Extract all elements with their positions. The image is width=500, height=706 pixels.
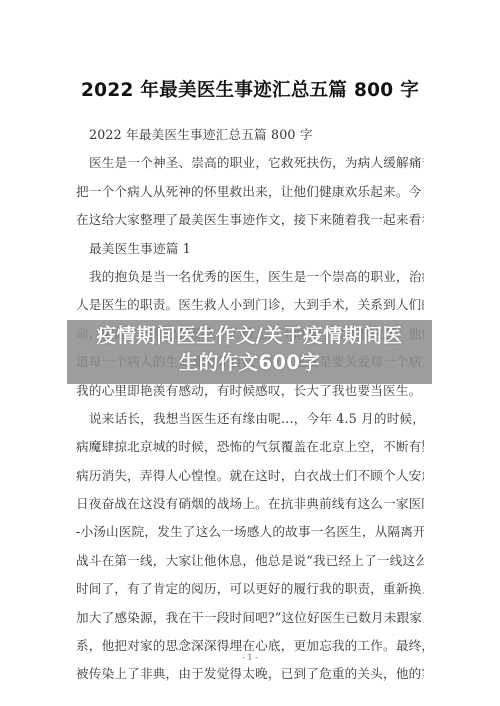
- body-line: 把一个个病人从死神的怀里救出来，让他们健康欢乐起来。今日我: [76, 178, 424, 206]
- body-line: 人是医生的职责。医生救人小到门诊，大到手术，关系到人们的生: [76, 291, 424, 319]
- overlay-title-line-2: 生的作文600字: [67, 349, 432, 376]
- body-line: 2022 年最美医生事迹汇总五篇 800 字: [76, 121, 424, 149]
- body-line: 被传染上了非典，由于发觉得太晚，已到了危重的关头，他的家庭: [76, 660, 424, 688]
- body-line: 战斗在第一线，大家让他休息，他总是说“我已经上了一线这么长: [76, 547, 424, 575]
- overlay-title-line-1: 疫情期间医生作文/关于疫情期间医: [67, 322, 432, 349]
- body-line: 日夜奋战在这没有硝烟的战场上。在抗非典前线有这么一家医院---: [76, 490, 424, 518]
- body-line: 说来话长，我想当医生还有缘由呢…，今年 4.5 月的时候，非典: [76, 405, 424, 433]
- page-number: - 1 -: [0, 653, 500, 662]
- body-line: 加大了感染源，我在干一段时间吧?”这位好医生已数月未跟家里联: [76, 604, 424, 632]
- section-heading: 最美医生事迹篇 1: [76, 235, 424, 263]
- body-line: 病历消失，弄得人心惶惶。就在这时，白衣战士们不顾个人安危，: [76, 462, 424, 490]
- body-line: 时间了，有了肯定的阅历，可以更好的履行我的职责，重新换人又: [76, 575, 424, 603]
- body-line: 病魔肆掠北京城的时候，恐怖的气氛覆盖在北京上空，不断有疑似: [76, 433, 424, 461]
- overlay-title: 疫情期间医生作文/关于疫情期间医 生的作文600字: [67, 322, 432, 376]
- body-line: -小汤山医院，发生了这么一场感人的故事一名医生，从隔离开头就: [76, 518, 424, 546]
- document-title: 2022 年最美医生事迹汇总五篇 800 字: [0, 76, 500, 102]
- body-line: 我的抱负是当一名优秀的医生，医生是一个崇高的职业，治病救: [76, 263, 424, 291]
- document-body: 2022 年最美医生事迹汇总五篇 800 字 医生是一个神圣、崇高的职业，它救死…: [76, 121, 424, 689]
- body-line: 医生是一个神圣、崇高的职业，它救死扶伤，为病人缓解痛苦，: [76, 149, 424, 177]
- body-line: 在这给大家整理了最美医生事迹作文，接下来随着我一起来看看吧！: [76, 206, 424, 234]
